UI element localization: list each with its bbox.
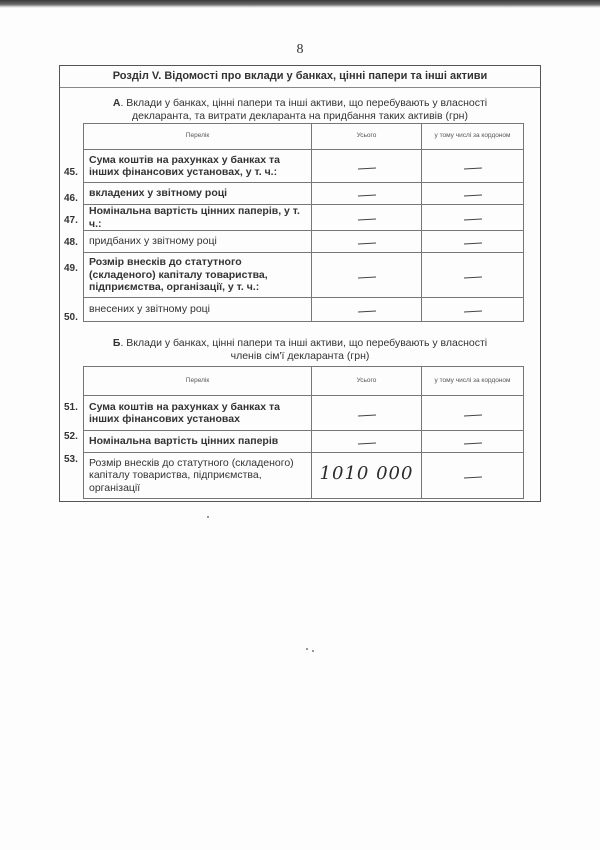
row-abroad-value <box>422 231 524 253</box>
table-row: внесених у звітному році <box>84 298 524 322</box>
handwritten-dash <box>357 414 375 416</box>
row-total-value <box>312 253 422 298</box>
part-b-heading: Б. Вклади у банках, цінні папери та інші… <box>60 337 540 363</box>
scan-edge-shadow <box>0 0 600 8</box>
section-title: Розділ V. Відомості про вклади у банках,… <box>60 66 540 88</box>
handwritten-dash <box>463 219 481 221</box>
scan-speck <box>306 648 308 650</box>
column-header-total: Усього <box>312 367 422 396</box>
handwritten-dash <box>357 443 375 445</box>
part-b-heading-line1: Б. Вклади у банках, цінні папери та інші… <box>60 337 540 350</box>
row-label: Номінальна вартість цінних паперів, у т.… <box>84 205 312 231</box>
handwritten-dash <box>357 219 375 221</box>
handwritten-dash <box>463 311 481 313</box>
part-a-heading-line2: декларанта, та витрати декларанта на при… <box>60 110 540 123</box>
row-abroad-value <box>422 431 524 453</box>
row-total-value <box>312 396 422 431</box>
column-header-abroad: у тому числі за кордоном <box>422 367 524 396</box>
table-header-row: Перелік Усього у тому числі за кордоном <box>84 124 524 150</box>
row-label: Сума коштів на рахунках у банках та інши… <box>84 150 312 183</box>
scan-speck <box>207 516 209 518</box>
table-row: вкладених у звітному році <box>84 183 524 205</box>
row-number: 45. <box>64 167 86 178</box>
handwritten-dash <box>463 167 481 169</box>
part-b-heading-line2: членів сім'ї декларанта (грн) <box>60 350 540 363</box>
table-row: придбаних у звітному році <box>84 231 524 253</box>
row-total-value <box>312 150 422 183</box>
row-abroad-value <box>422 453 524 499</box>
row-number: 50. <box>64 312 86 323</box>
row-abroad-value <box>422 205 524 231</box>
table-row: Сума коштів на рахунках у банках та інши… <box>84 396 524 431</box>
row-abroad-value <box>422 298 524 322</box>
handwritten-amount: 1010 000 <box>320 463 414 484</box>
row-number: 48. <box>64 237 86 248</box>
row-number: 51. <box>64 402 86 413</box>
handwritten-dash <box>357 195 375 197</box>
section-v-frame: Розділ V. Відомості про вклади у банках,… <box>59 65 541 502</box>
row-total-value <box>312 183 422 205</box>
table-row: Розмір внесків до статутного (складеного… <box>84 453 524 499</box>
handwritten-dash <box>463 477 481 479</box>
column-header-list: Перелік <box>84 124 312 150</box>
handwritten-dash <box>357 311 375 313</box>
column-header-abroad: у тому числі за кордоном <box>422 124 524 150</box>
part-b-table: Перелік Усього у тому числі за кордоном … <box>83 366 524 499</box>
row-total-value: 1010 000 <box>312 453 422 499</box>
part-a-heading-line1: А. Вклади у банках, цінні папери та інші… <box>60 97 540 110</box>
handwritten-dash <box>463 243 481 245</box>
row-abroad-value <box>422 253 524 298</box>
row-total-value <box>312 431 422 453</box>
table-row: Сума коштів на рахунках у банках та інши… <box>84 150 524 183</box>
column-header-total: Усього <box>312 124 422 150</box>
row-total-value <box>312 205 422 231</box>
handwritten-dash <box>357 167 375 169</box>
handwritten-dash <box>463 443 481 445</box>
column-header-list: Перелік <box>84 367 312 396</box>
row-label: Розмір внесків до статутного (складеного… <box>84 253 312 298</box>
row-number: 49. <box>64 263 86 274</box>
row-label: придбаних у звітному році <box>84 231 312 253</box>
row-label: Номінальна вартість цінних паперів <box>84 431 312 453</box>
handwritten-dash <box>463 195 481 197</box>
row-label: вкладених у звітному році <box>84 183 312 205</box>
row-number: 46. <box>64 193 86 204</box>
part-a-table: Перелік Усього у тому числі за кордоном … <box>83 123 524 322</box>
handwritten-dash <box>463 276 481 278</box>
table-row: Номінальна вартість цінних паперів <box>84 431 524 453</box>
handwritten-dash <box>357 276 375 278</box>
table-row: Номінальна вартість цінних паперів, у т.… <box>84 205 524 231</box>
row-label: Розмір внесків до статутного (складеного… <box>84 453 312 499</box>
row-abroad-value <box>422 396 524 431</box>
row-label: Сума коштів на рахунках у банках та інши… <box>84 396 312 431</box>
table-row: Розмір внесків до статутного (складеного… <box>84 253 524 298</box>
scan-speck <box>312 650 314 652</box>
part-a-heading: А. Вклади у банках, цінні папери та інші… <box>60 97 540 123</box>
row-total-value <box>312 231 422 253</box>
row-abroad-value <box>422 183 524 205</box>
row-label: внесених у звітному році <box>84 298 312 322</box>
row-number: 53. <box>64 454 86 465</box>
handwritten-dash <box>357 243 375 245</box>
row-abroad-value <box>422 150 524 183</box>
row-number: 47. <box>64 215 86 226</box>
handwritten-dash <box>463 414 481 416</box>
row-number: 52. <box>64 431 86 442</box>
page-number: 8 <box>0 42 600 58</box>
row-total-value <box>312 298 422 322</box>
table-header-row: Перелік Усього у тому числі за кордоном <box>84 367 524 396</box>
